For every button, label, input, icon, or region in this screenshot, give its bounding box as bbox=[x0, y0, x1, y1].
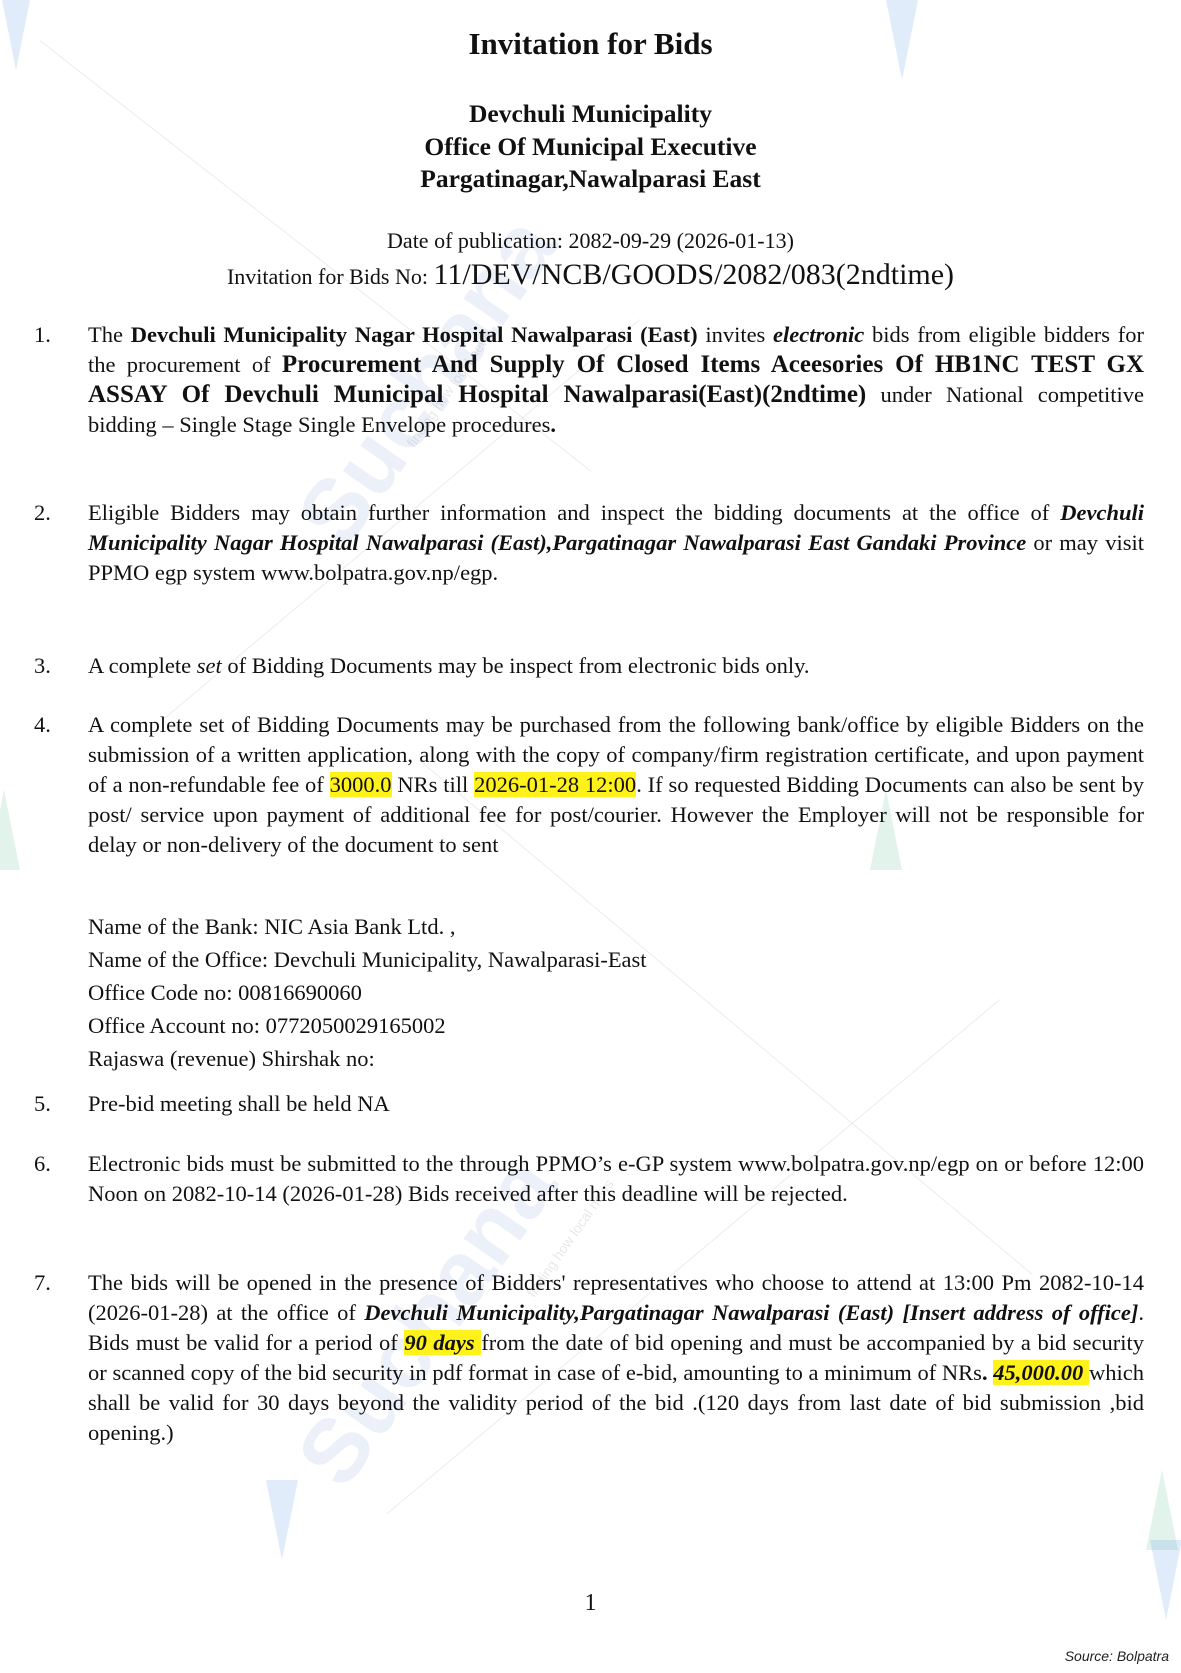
clause-text: NRs till bbox=[392, 772, 475, 797]
clause-number: 4. bbox=[34, 710, 51, 740]
account-number: Office Account no: 0772050029165002 bbox=[88, 1009, 647, 1042]
clause-body: Electronic bids must be submitted to the… bbox=[88, 1149, 1144, 1209]
purchase-deadline: 2026-01-28 12:00 bbox=[474, 772, 636, 797]
page-number: 1 bbox=[0, 1590, 1181, 1617]
document-page: Invitation for Bids Devchuli Municipalit… bbox=[0, 0, 1181, 1673]
clause-text: The bbox=[88, 322, 131, 347]
clause-text: of Bidding Documents may be inspect from… bbox=[222, 653, 810, 678]
clause-body: The bids will be opened in the presence … bbox=[88, 1268, 1144, 1448]
bid-security-amount: 45,000.00 bbox=[993, 1360, 1089, 1385]
opening-office: Devchuli Municipality,Pargatinagar Nawal… bbox=[364, 1300, 1138, 1325]
ifb-number-label: Invitation for Bids No: bbox=[227, 264, 434, 289]
clause-body: Pre-bid meeting shall be held NA bbox=[88, 1089, 1144, 1119]
clause-number: 2. bbox=[34, 498, 51, 528]
clause-body: A complete set of Bidding Documents may … bbox=[88, 710, 1144, 860]
bank-name: Name of the Bank: NIC Asia Bank Ltd. , bbox=[88, 910, 647, 943]
ifb-number: 11/DEV/NCB/GOODS/2082/083(2ndtime) bbox=[434, 258, 955, 291]
clause-text: . bbox=[550, 412, 556, 437]
clause-body: Eligible Bidders may obtain further info… bbox=[88, 498, 1144, 588]
clause-text: Pre-bid meeting shall be held NA bbox=[88, 1091, 390, 1116]
document-title: Invitation for Bids bbox=[0, 26, 1181, 62]
organization-name: Devchuli Municipality bbox=[0, 98, 1181, 131]
organization-office: Office Of Municipal Executive bbox=[0, 131, 1181, 164]
revenue-head: Rajaswa (revenue) Shirshak no: bbox=[88, 1042, 647, 1075]
clause-body: A complete set of Bidding Documents may … bbox=[88, 651, 1144, 681]
clause-text: Electronic bids must be submitted to the… bbox=[88, 1151, 1144, 1206]
organization-header: Devchuli Municipality Office Of Municipa… bbox=[0, 98, 1181, 196]
organization-address: Pargatinagar,Nawalparasi East bbox=[0, 163, 1181, 196]
bid-validity: 90 days bbox=[404, 1330, 481, 1355]
clause-body: The Devchuli Municipality Nagar Hospital… bbox=[88, 320, 1144, 440]
clause-text: A complete bbox=[88, 653, 197, 678]
procuring-entity: Devchuli Municipality Nagar Hospital Naw… bbox=[131, 322, 698, 347]
bank-details: Name of the Bank: NIC Asia Bank Ltd. , N… bbox=[88, 910, 647, 1075]
clause-text: invites bbox=[698, 322, 773, 347]
ifb-number-line: Invitation for Bids No: 11/DEV/NCB/GOODS… bbox=[0, 258, 1181, 292]
clause-number: 1. bbox=[34, 320, 51, 350]
clause-text: Eligible Bidders may obtain further info… bbox=[88, 500, 1060, 525]
clause-number: 3. bbox=[34, 651, 51, 681]
clause-number: 6. bbox=[34, 1149, 51, 1179]
bid-type: electronic bbox=[773, 322, 864, 347]
office-name: Name of the Office: Devchuli Municipalit… bbox=[88, 943, 647, 976]
clause-text: set bbox=[197, 653, 222, 678]
clause-number: 5. bbox=[34, 1089, 51, 1119]
source-credit: Source: Bolpatra bbox=[1065, 1648, 1169, 1664]
clause-number: 7. bbox=[34, 1268, 51, 1298]
office-code: Office Code no: 00816690060 bbox=[88, 976, 647, 1009]
publication-date: Date of publication: 2082-09-29 (2026-01… bbox=[0, 228, 1181, 254]
clause-text: . bbox=[982, 1360, 993, 1385]
document-fee: 3000.0 bbox=[330, 772, 392, 797]
